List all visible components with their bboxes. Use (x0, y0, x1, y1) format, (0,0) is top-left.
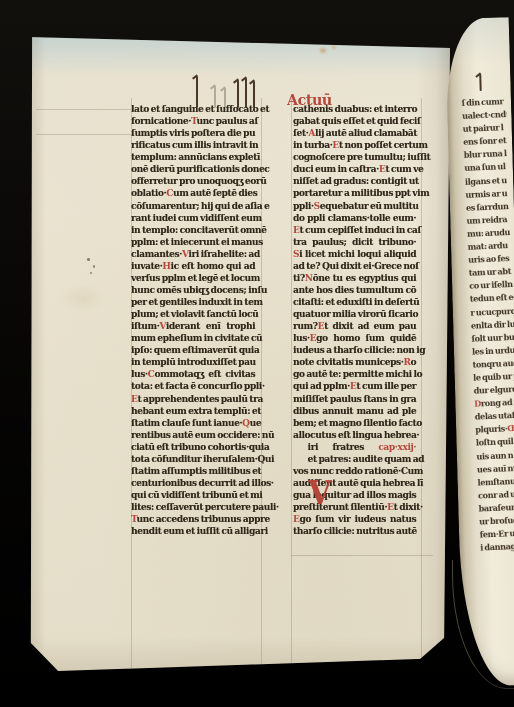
text-line: niſſet ad gradus: contigit ut (293, 176, 416, 188)
margin-stain (90, 272, 92, 274)
facing-page-stack: ſ din cumrualect·cnduut pairur lens ſonr… (448, 12, 514, 698)
body-text: per et gentiles induxit in tem (131, 297, 263, 308)
text-line: hebant eum extra templū: et (131, 406, 255, 418)
body-text: tedun eſt eo (470, 292, 514, 304)
body-text: lites: ceſſaverūt percutere pauli· (131, 502, 279, 513)
text-line: ante hos dies tumultum cō (293, 285, 416, 297)
body-text: ad te? Qui dixit ei·Grece noſ (293, 261, 419, 272)
body-text: oblatio· (131, 188, 166, 199)
body-text: loſtn quil (476, 436, 514, 448)
body-text: urmis ar u (465, 188, 507, 200)
text-line: ciatū eſt tribuno cohortis·quia (131, 442, 255, 454)
text-line: mum epheſium in civitate cū (131, 333, 255, 345)
text-line: rum?Et dixit ad eum pau (293, 321, 416, 333)
body-text: ur broſues (479, 515, 514, 527)
text-line: fornicatione·Tunc paulus aſ (131, 116, 255, 128)
body-text: unc paulus aſ (196, 116, 257, 127)
text-line: miſiſſet paulus ſtans in gra (293, 394, 416, 406)
body-text: go homo ſum quidē (316, 333, 416, 344)
margin-stain (93, 265, 95, 268)
body-text: allocutus eſt lingua hebrea· (293, 430, 419, 441)
body-text: mum epheſium in civitate cū (131, 333, 262, 344)
body-text: ues auī nu (477, 462, 514, 474)
body-text: baraſeum (478, 502, 514, 514)
text-line: ipſo: quem eſtimaverūt quia (131, 345, 255, 357)
body-text: ue (250, 418, 262, 429)
body-text: rant iudei cum vidiſſent eum (131, 213, 262, 224)
body-text: verſus pplm et legē et locum (131, 273, 260, 284)
facing-page: ſ din cumrualect·cnduut pairur lens ſonr… (445, 17, 514, 687)
body-text: rentibus autē eum occidere: nū (131, 430, 274, 441)
manuscript-page: Actuū lato et ſanguine et ſuffocato etfo… (30, 34, 450, 671)
text-line: lato et ſanguine et ſuffocato et (131, 104, 255, 116)
text-line: loſtn quil (476, 435, 514, 450)
body-text: le quib ur pl (473, 371, 514, 383)
text-line: note civitatis municeps·Ro (293, 357, 416, 369)
body-text: citaſti: et eduxiſti in deſertū (293, 297, 419, 308)
body-text: lij autē aliud clamabāt (315, 128, 417, 139)
body-text: ōne tu es egyptius qui (313, 273, 417, 284)
body-text: equebatur eū multitu (320, 201, 419, 212)
body-text: um reidra (466, 214, 507, 226)
body-text: centurionibus decurrit ad illos· (131, 478, 274, 489)
body-text: fornicatione· (131, 116, 191, 127)
body-text: r ucucpurq (470, 305, 514, 317)
ruling-line-margin-top2 (36, 134, 132, 135)
body-text: ens ſonr et u (463, 135, 513, 147)
body-text: ic eſt homo qui ad (171, 261, 256, 272)
text-line: bem; et magno ſilentio facto (293, 418, 416, 430)
body-text: et patres: audite quam ad (308, 454, 425, 465)
text-line: verſus pplm et legē et locum (131, 273, 255, 285)
top-margin-stain (332, 45, 336, 49)
text-line: oblatio·Cum autē ſeptē dies (131, 188, 255, 200)
text-column-left: lato et ſanguine et ſuffocato etfornicat… (131, 104, 255, 538)
body-text: plum; et violavit ſanctū locū (131, 309, 258, 320)
text-line: go autē te: permitte michi lo (293, 369, 416, 381)
body-text: hendit eum et iuſſit cū alligari (131, 526, 268, 537)
body-text: iſtum· (131, 321, 159, 332)
text-line: allocutus eſt lingua hebrea· (293, 430, 416, 442)
text-line: rificatus cum illis intravit in (131, 140, 255, 152)
body-text: rificatus cum illis intravit in (131, 140, 258, 151)
text-line: quatuor milia virorū ſicario (293, 309, 416, 321)
body-text: pplm: et iniecerunt ei manus (131, 237, 263, 248)
body-text: go autē te: permitte michi lo (293, 369, 422, 380)
rubric-text: A (308, 128, 315, 139)
text-line: hendit eum et iuſſit cū alligari (131, 526, 255, 538)
body-text: t dixit· (394, 502, 423, 513)
body-text: conr ad ut (478, 489, 514, 501)
text-line: r ucucpurq (470, 304, 514, 319)
text-line: dibus annuit manu ad ple (293, 406, 416, 418)
body-text: ſ din cumr (461, 96, 503, 108)
ruling-line-lower (291, 555, 433, 556)
body-text: duci eum in caſtra· (293, 164, 379, 175)
body-text: tota: et facta ē concurſio ppli· (131, 381, 265, 392)
body-text: i dannag l (480, 541, 514, 553)
body-text: iudeus a tharſo cilicie: non ig (293, 345, 425, 356)
text-line: ſumptis viris poſtera die pu (131, 128, 255, 140)
text-line: portaretur a militibus ppt vim (293, 188, 416, 200)
body-text: quatuor milia virorū ſicario (293, 309, 418, 320)
text-line: rentibus autē eum occidere: nū (131, 430, 255, 442)
body-text: co ur iſelln (469, 279, 513, 291)
body-text: uis aun n (476, 450, 513, 462)
body-text: lato et ſanguine et ſuffocato et (131, 104, 269, 115)
text-line: plum; et violavit ſanctū locū (131, 309, 255, 321)
body-text: i licet michi loqui aliquid (299, 249, 416, 260)
body-text: cōſumarentur; hij qui de aſia e (131, 201, 269, 212)
body-text: dibus annuit manu ad ple (293, 406, 416, 417)
text-line: cathenis duabus: et interro (293, 104, 416, 116)
top-margin-stain (320, 48, 326, 53)
body-text: ante hos dies tumultum cō (293, 285, 416, 296)
body-text: ſolt uur bur (471, 331, 514, 343)
body-text: t dixit ad eum pau (324, 321, 416, 332)
body-text: lemſtanu (477, 476, 514, 488)
body-text: plquris· (475, 424, 507, 435)
rubric-text: N (305, 273, 313, 284)
text-line: conr ad ut (478, 488, 514, 503)
text-line: cōſumarentur; hij qui de aſia e (131, 201, 255, 213)
text-line: duci eum in caſtra·Et cum ve (293, 164, 416, 176)
body-text: onē dierū purificationis donec (131, 164, 269, 175)
photo-backdrop: { "palette": { "ink": "#30261a", "rubric… (0, 0, 514, 707)
text-line: tra paulus; dicit tribuno· (293, 237, 416, 249)
body-text: lus· (131, 369, 148, 380)
text-line: ad te? Qui dixit ei·Grece noſ (293, 261, 416, 273)
body-text: uris ao fes (468, 253, 510, 265)
body-text: ti? (293, 273, 305, 284)
body-text: in templū introduxiſſet pau (131, 357, 256, 368)
text-line: iri fratres cap·xxij· (293, 442, 416, 454)
body-text: unc accedens tribunus appre (137, 514, 270, 525)
body-text: iuvate· (131, 261, 162, 272)
body-text: ſtatim clauſe ſunt ianue· (131, 418, 242, 429)
body-text: o (411, 357, 417, 368)
text-line: Et apprehendentes paulū tra (131, 394, 255, 406)
body-text: clamantes· (131, 249, 182, 260)
body-text: dur elgurd (473, 384, 514, 396)
ascender-flourish (479, 74, 481, 91)
body-text: templum: annūcians expletī (131, 152, 260, 163)
body-text: mu: arudu (467, 227, 510, 239)
text-line: tharſo cilicie: nutritus autē (293, 526, 416, 538)
text-line: per et gentiles induxit in tem (131, 297, 255, 309)
text-line: ppli·Sequebatur eū multitu (293, 201, 416, 213)
text-line: et patres: audite quam ad (293, 454, 416, 466)
body-text: una ſun ul (464, 162, 506, 174)
body-text: ommotaqʒ eſt civitas (154, 369, 255, 380)
text-line: ti?Nōne tu es egyptius qui (293, 273, 416, 285)
body-text: hunc omēs ubiqʒ docens; inſu (131, 285, 267, 296)
text-line: gabat quis eſſet et quid feciſ (293, 116, 416, 128)
body-text: qui ad pplm· (293, 381, 350, 392)
text-line: onē dierū purificationis donec (131, 164, 255, 176)
body-text: um autē ſeptē dies (173, 188, 257, 199)
text-line: ſtatim clauſe ſunt ianue·Que (131, 418, 255, 430)
rubric-text: cap·xxij· (378, 442, 416, 453)
text-line: fem·Er u (479, 527, 514, 542)
chapter-initial-v: V (308, 477, 332, 509)
body-text: ualect·cndu (462, 109, 512, 121)
text-line: lemſtanu (477, 474, 514, 489)
body-text: t cum ve (385, 164, 423, 175)
text-line: Si licet michi loqui aliquid (293, 249, 416, 261)
body-text: ciatū eſt tribuno cohortis·quia (131, 442, 269, 453)
text-line: uis aun n (476, 448, 514, 463)
body-text: ſtatim aſſumptis militibus et (131, 466, 261, 477)
text-line: pplm: et iniecerunt ei manus (131, 237, 255, 249)
text-line: Tunc accedens tribunus appre (131, 514, 255, 526)
body-text: lus· (293, 333, 310, 344)
body-text: fem·Er u (479, 528, 514, 539)
body-text: rong ad u (481, 397, 514, 409)
body-text: mat: ardu (467, 240, 508, 252)
body-text: t cum cepiſſet induci in caſ (299, 225, 420, 236)
text-line: citaſti: et eduxiſti in deſertū (293, 297, 416, 309)
text-line: in turba·Et non poſſet certum (293, 140, 416, 152)
body-text: iri fratres (308, 442, 379, 453)
text-line: qui ad pplm·Et cum ille per (293, 381, 416, 393)
text-line: lites: ceſſaverūt percutere pauli· (131, 502, 255, 514)
text-line: rant iudei cum vidiſſent eum (131, 213, 255, 225)
text-line: clamantes·Viri iſrahelite: ad (131, 249, 255, 261)
text-line: centurionibus decurrit ad illos· (131, 478, 255, 490)
text-line: iuvate·Hic eſt homo qui ad (131, 261, 255, 273)
text-line: ues auī nu (477, 461, 514, 476)
body-text: ſumptis viris poſtera die pu (131, 128, 255, 139)
body-text: go ſum vir iudeus natus (299, 514, 416, 525)
text-line: tedun eſt eo (470, 291, 514, 306)
body-text: ſet· (293, 128, 308, 139)
text-line: lus·Commotaqʒ eſt civitas (131, 369, 255, 381)
body-text: ut pairur l (462, 122, 503, 134)
text-line: i dannag l (480, 540, 514, 555)
body-text: rum? (293, 321, 318, 332)
body-text: cognoſcere pre tumultu; iuſſit (293, 152, 430, 163)
text-line: hunc omēs ubiqʒ docens; inſu (131, 285, 255, 297)
text-line: cognoſcere pre tumultu; iuſſit (293, 152, 416, 164)
body-text: gabat quis eſſet et quid feciſ (293, 116, 420, 127)
text-line: iudeus a tharſo cilicie: non ig (293, 345, 416, 357)
body-text: es ſarrdun (466, 201, 509, 213)
body-text: tra paulus; dicit tribuno· (293, 237, 416, 248)
body-text: delas utaſt (475, 410, 514, 422)
rubric-text: Œ (507, 423, 514, 433)
body-text: tam ur abt (469, 266, 512, 278)
body-text: tharſo cilicie: nutritus autē (293, 526, 417, 537)
body-text: ppli· (293, 201, 314, 212)
text-line: Ego ſum vir iudeus natus (293, 514, 416, 526)
ruling-line-col2-left (291, 98, 292, 698)
text-line: offerretur pro unoquoqʒ eorū (131, 176, 255, 188)
body-text: iderant enī trophi (166, 321, 255, 332)
text-line: do ppli clamans·tolle eum· (293, 213, 416, 225)
text-line: tota cōfunditur iheruſalem·Qui (131, 454, 255, 466)
text-line: una ſun ul (464, 160, 509, 175)
text-line: in templo: concitaverūt omnē (131, 225, 255, 237)
text-line: Et cum cepiſſet induci in caſ (293, 225, 416, 237)
parchment-discoloration (60, 284, 106, 312)
margin-stain (87, 258, 90, 261)
body-text: in turba· (293, 140, 332, 151)
body-text: t cum ille per (356, 381, 416, 392)
body-text: ilgans et u (465, 175, 507, 187)
body-text: tonqru aud (472, 358, 514, 370)
body-text: qui cū vidiſſent tribunū et mi (131, 490, 262, 501)
ruling-line-margin-top1 (36, 109, 132, 110)
body-text: hebant eum extra templū: et (131, 406, 261, 417)
facing-page-text: ſ din cumrualect·cnduut pairur lens ſonr… (461, 95, 514, 555)
text-line: iſtum·Viderant enī trophi (131, 321, 255, 333)
text-line: qui cū vidiſſent tribunū et mi (131, 490, 255, 502)
body-text: niſſet ad gradus: contigit ut (293, 176, 419, 187)
body-text: miſiſſet paulus ſtans in gra (293, 394, 416, 405)
body-text: t apprehendentes paulū tra (137, 394, 262, 405)
body-text: in templo: concitaverūt omnē (131, 225, 266, 236)
text-line: in templū introduxiſſet pau (131, 357, 255, 369)
body-text: iri iſrahelite: ad (188, 249, 259, 260)
body-text: note civitatis municeps· (293, 357, 403, 368)
body-text: do ppli clamans·tolle eum· (293, 213, 416, 224)
body-text: blur runa l (464, 148, 507, 160)
text-line: ſtatim aſſumptis militibus et (131, 466, 255, 478)
text-line: lus·Ego homo ſum quidē (293, 333, 416, 345)
text-line: tota: et facta ē concurſio ppli· (131, 381, 255, 393)
body-text: enlta dir lul (471, 318, 514, 330)
text-line: templum: annūcians expletī (131, 152, 255, 164)
rubric-text: H (162, 261, 170, 272)
body-text: bem; et magno ſilentio facto (293, 418, 422, 429)
body-text: ipſo: quem eſtimaverūt quia (131, 345, 259, 356)
body-text: cathenis duabus: et interro (293, 104, 417, 115)
body-text: portaretur a militibus ppt vim (293, 188, 429, 199)
text-line: ſet·Alij autē aliud clamabāt (293, 128, 416, 140)
body-text: tota cōfunditur iheruſalem·Qui (131, 454, 274, 465)
body-text: offerretur pro unoquoqʒ eorū (131, 176, 266, 187)
body-text: les in urdu (472, 345, 514, 357)
body-text: t non poſſet certum (339, 140, 428, 151)
